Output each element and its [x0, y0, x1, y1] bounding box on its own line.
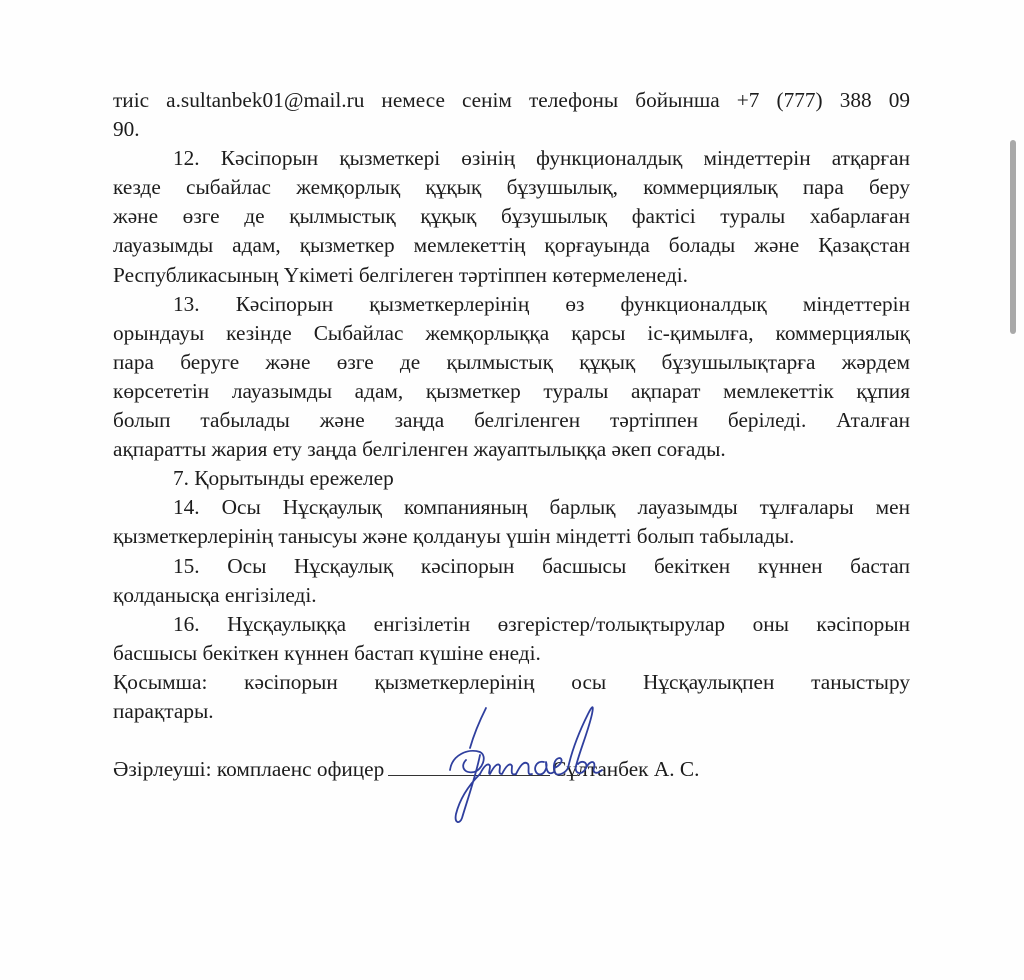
- text-line: 13. Кәсіпорын қызметкерлерінің өз функци…: [113, 290, 910, 319]
- text-line: орындауы кезінде Сыбайлас жемқорлыққа қа…: [113, 319, 910, 348]
- text-line: қолданысқа енгізіледі.: [113, 581, 910, 610]
- handwritten-signature-icon: [440, 700, 610, 830]
- paragraph-16: 16. Нұсқаулыққа енгізілетін өзгерістер/т…: [113, 610, 910, 668]
- text-line: көрсететін лауазымды адам, қызметкер тур…: [113, 377, 910, 406]
- text-line: тиіс a.sultanbek01@mail.ru немесе сенім …: [113, 86, 910, 115]
- signature-row: Әзірлеуші: комплаенс офицер Сұлтанбек А.…: [113, 753, 699, 784]
- text-line: болып табылады және заңда белгіленген тә…: [113, 406, 910, 435]
- paragraph-14: 14. Осы Нұсқаулық компанияның барлық лау…: [113, 493, 910, 551]
- text-line: 16. Нұсқаулыққа енгізілетін өзгерістер/т…: [113, 610, 910, 639]
- document-page: тиіс a.sultanbek01@mail.ru немесе сенім …: [0, 0, 1024, 980]
- section-title: 7. Қорытынды ережелер: [113, 464, 910, 493]
- text-line: Қосымша: кәсіпорын қызметкерлерінің осы …: [113, 668, 910, 697]
- text-line: 14. Осы Нұсқаулық компанияның барлық лау…: [113, 493, 910, 522]
- paragraph-12: 12. Кәсіпорын қызметкері өзінің функцион…: [113, 144, 910, 289]
- signature-prefix: Әзірлеуші: комплаенс офицер: [113, 755, 384, 784]
- text-line: 90.: [113, 115, 910, 144]
- section-7-heading: 7. Қорытынды ережелер: [113, 464, 910, 493]
- text-line: 12. Кәсіпорын қызметкері өзінің функцион…: [113, 144, 910, 173]
- paragraph-13: 13. Кәсіпорын қызметкерлерінің өз функци…: [113, 290, 910, 465]
- intro-continuation: тиіс a.sultanbek01@mail.ru немесе сенім …: [113, 86, 910, 144]
- text-line: және өзге де қылмыстық құқық бұзушылық ф…: [113, 202, 910, 231]
- document-body: тиіс a.sultanbek01@mail.ru немесе сенім …: [113, 86, 910, 726]
- text-line: лауазымды адам, қызметкер мемлекеттің қо…: [113, 231, 910, 260]
- text-line: басшысы бекіткен күннен бастап күшіне ен…: [113, 639, 910, 668]
- text-line: кезде сыбайлас жемқорлық құқық бұзушылық…: [113, 173, 910, 202]
- vertical-scrollbar[interactable]: [1010, 140, 1016, 334]
- text-line: 15. Осы Нұсқаулық кәсіпорын басшысы бекі…: [113, 552, 910, 581]
- paragraph-15: 15. Осы Нұсқаулық кәсіпорын басшысы бекі…: [113, 552, 910, 610]
- text-line: қызметкерлерінің танысуы және қолдануы ү…: [113, 522, 910, 551]
- text-line: пара беруге және өзге де қылмыстық құқық…: [113, 348, 910, 377]
- text-line: ақпаратты жария ету заңда белгіленген жа…: [113, 435, 910, 464]
- text-line: Республикасының Үкіметі белгілеген тәрті…: [113, 261, 910, 290]
